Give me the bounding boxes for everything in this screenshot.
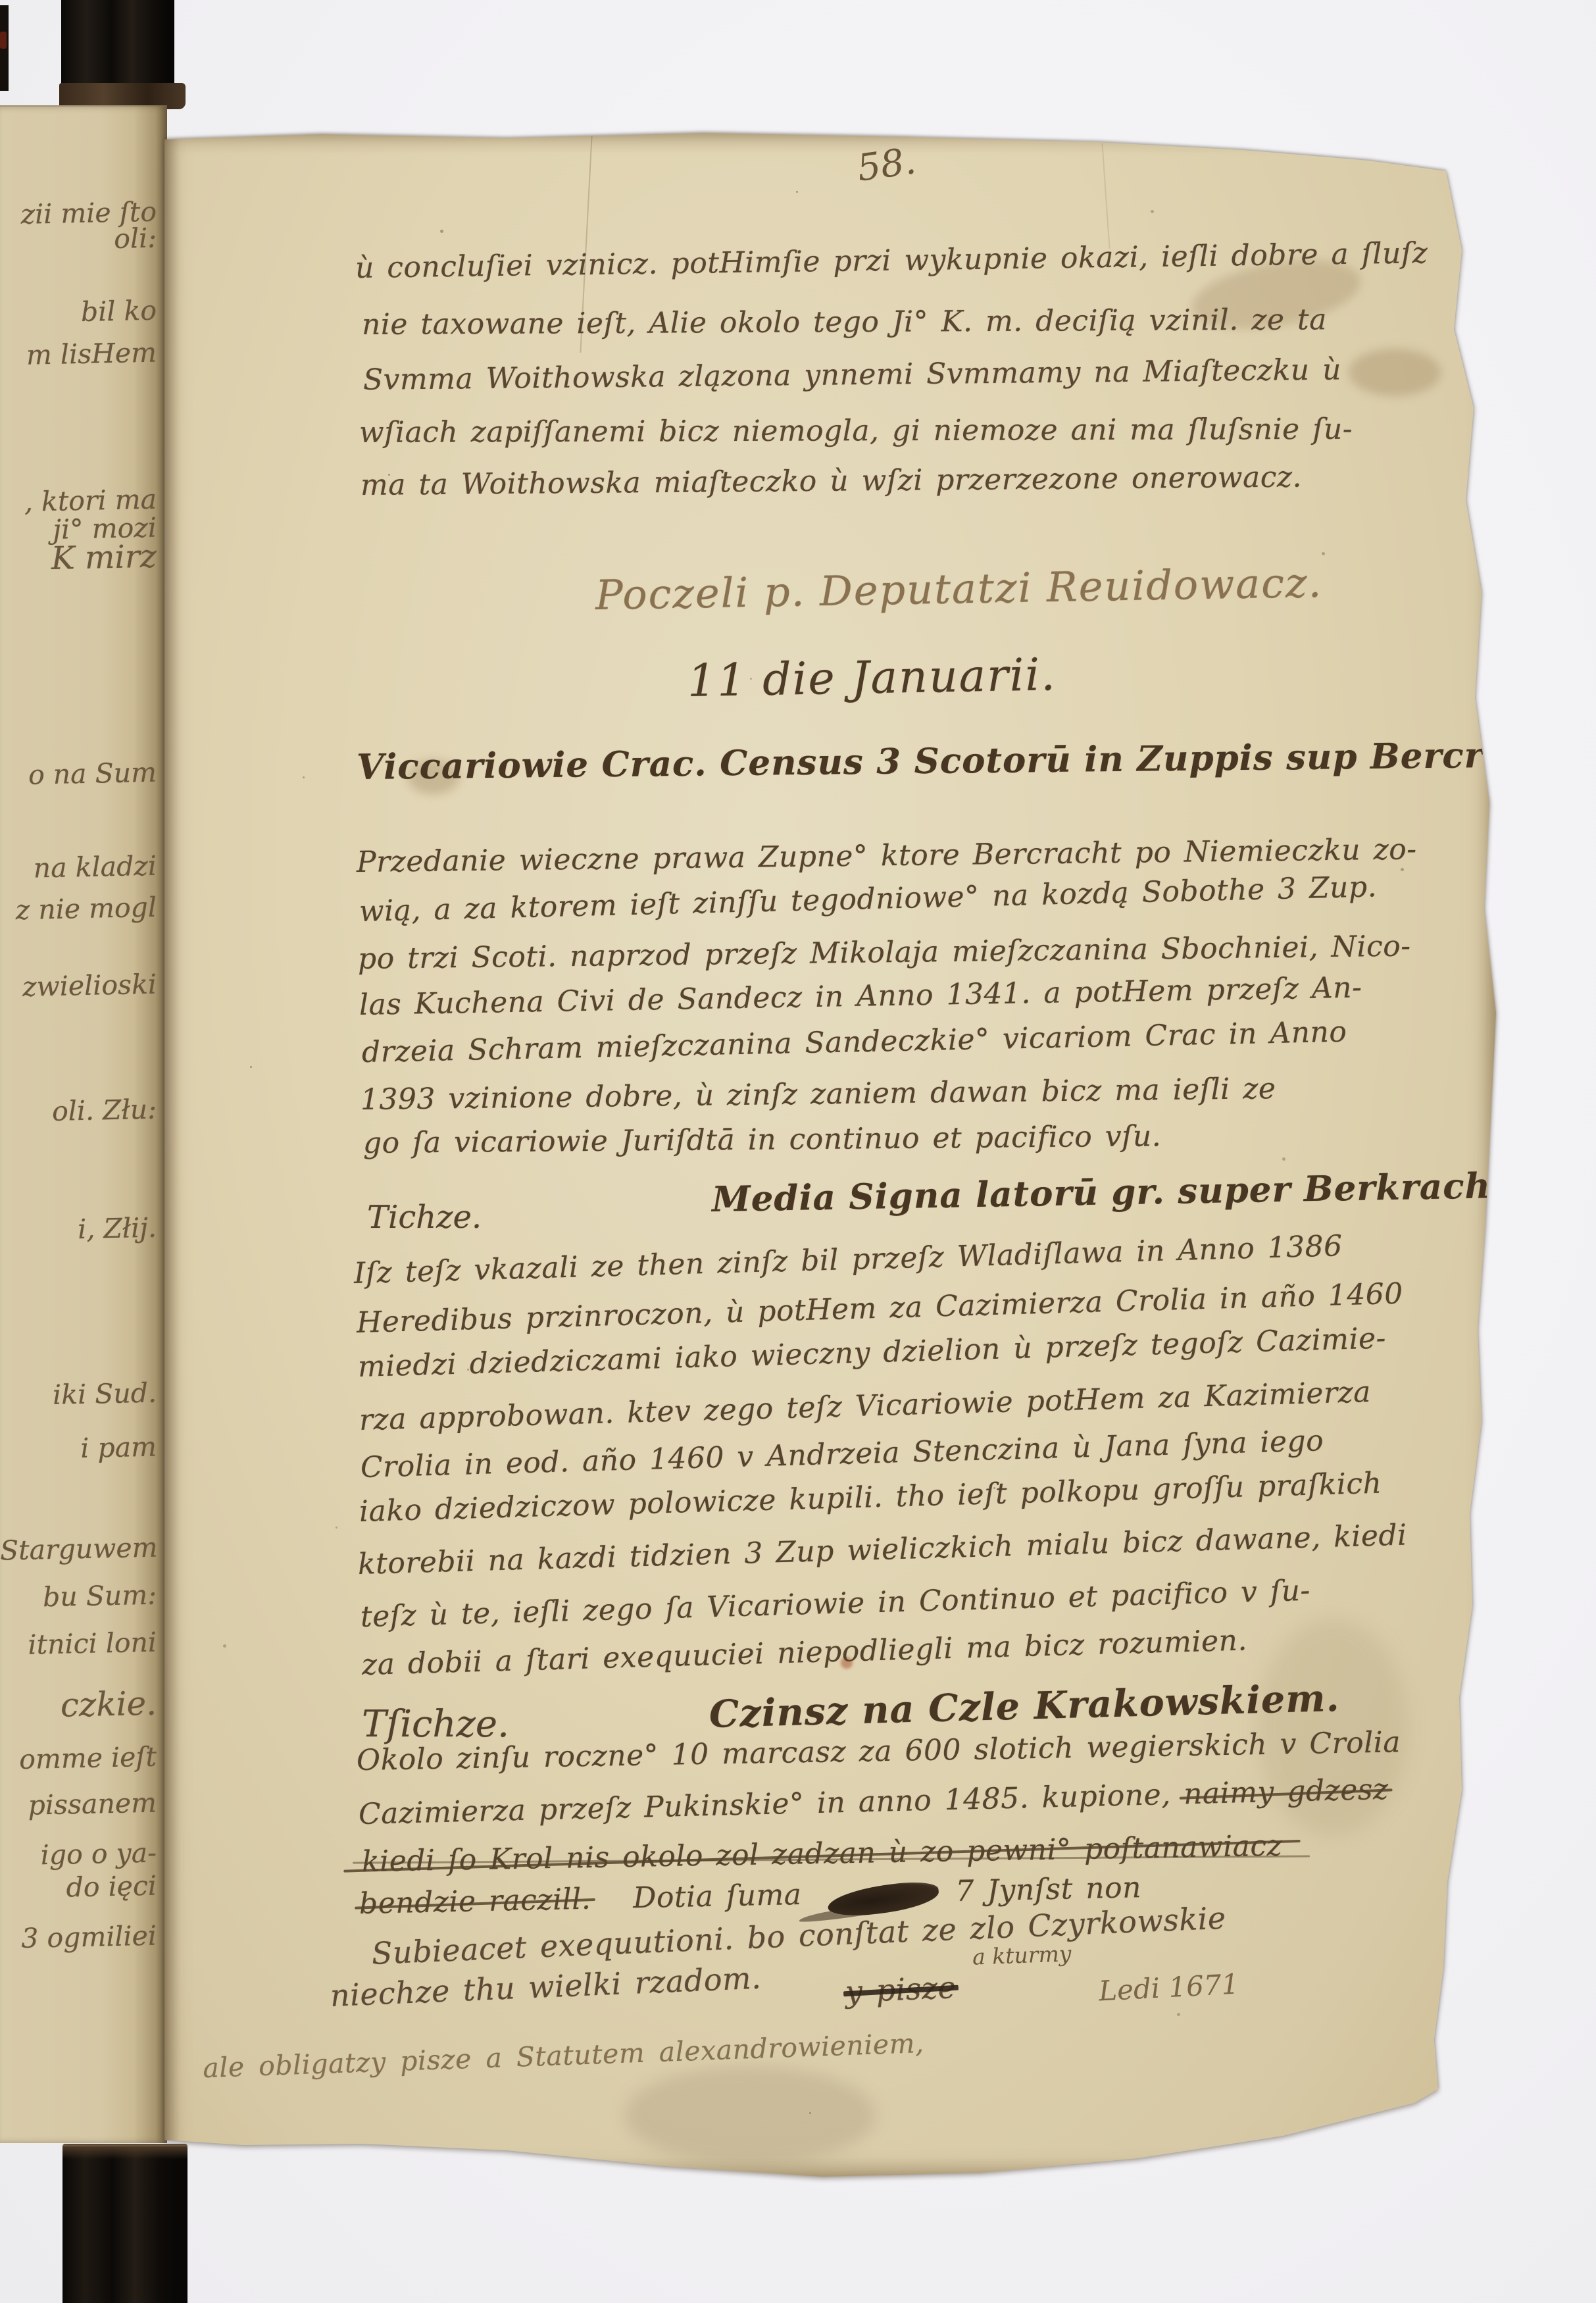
paper-stain (625, 2066, 875, 2165)
verso-text-fragment: i, Złij. (0, 1211, 163, 1246)
manuscript-text-line: ktorebii na kazdi tidzien 3 Zup wieliczk… (357, 1518, 1407, 1581)
margin-label: Tſichze. (362, 1703, 509, 1746)
manuscript-text-line: za dobii a ſtari exequuciei niepodliegli… (361, 1623, 1247, 1682)
verso-text-fragment: igo o ya- (0, 1836, 163, 1871)
verso-text-fragment: Starguwem (0, 1531, 163, 1566)
verso-text-fragment: i pam (0, 1430, 163, 1465)
manuscript-text-line: 1393 vzinione dobre, ù zinſz zaniem dawa… (361, 1072, 1276, 1117)
manuscript-text-line: kiedi ſo Krol nis okolo zol zadzan ù zo … (362, 1829, 1283, 1879)
manuscript-text-line: Okolo zinſu roczne° 10 marcasz za 600 sl… (357, 1725, 1401, 1777)
text-segment: Cazimierza przeſz Pukinskie° in anno 148… (358, 1777, 1184, 1831)
manuscript-text-line: Iſz teſz vkazali ze then zinſz bil przeſ… (353, 1229, 1343, 1290)
manuscript-text-line: Cazimierza przeſz Pukinskie° in anno 148… (358, 1773, 1389, 1831)
verso-text-fragment: omme ieſt (0, 1740, 163, 1775)
manuscript-text-line: wią, a za ktorem ieſt zinſſu tegodniowe°… (359, 870, 1377, 928)
verso-text-fragment: na kladzi (0, 849, 163, 884)
manuscript-text-line: po trzi Scoti. naprzod przeſz Mikolaja m… (358, 929, 1411, 976)
text-segment: Dotia ſuma (633, 1878, 802, 1915)
date-note: Ledi 1671 (1098, 1967, 1240, 2007)
heading-date: 11 die Januarii. (687, 649, 1057, 707)
verso-text-fragment: K mirz (0, 538, 164, 578)
struck-text: bendzie raczill. (359, 1883, 591, 1921)
manuscript-text-line: wſiach zapiſſanemi bicz niemogla, gi nie… (359, 413, 1353, 449)
paper-stain (1349, 349, 1441, 396)
manuscript-page: 58. ù concluſiei vzinicz. potHimſie przi… (164, 132, 1497, 2179)
binding-strap-top (61, 0, 174, 88)
verso-text-fragment: pissanem (0, 1786, 163, 1821)
section-heading-media: Media Signa latorū gr. super Berkracht. (711, 1165, 1520, 1220)
verso-text-fragment: do ięci (0, 1869, 163, 1904)
manuscript-text-line: Svmma Woithowska zlązona ynnemi Svmmamy … (363, 353, 1341, 397)
verso-text-fragment: bil ko (0, 294, 163, 329)
verso-text-fragment: oli. Złu: (0, 1093, 163, 1128)
interline-note: a kturmy (972, 1940, 1072, 1969)
manuscript-text-line: go ſa vicariowie Juriſdtā in continuo et… (363, 1119, 1162, 1160)
manuscript-text-line: teſz ù te, ieſli zego ſa Vicariowie in C… (360, 1574, 1310, 1634)
struck-text: y pisze (845, 1969, 957, 2010)
paper-surface: 58. ù concluſiei vzinicz. potHimſie przi… (164, 132, 1497, 2179)
text-segment: 7 Jynſst non (955, 1871, 1142, 1908)
verso-text-fragment: m lisHem (0, 336, 163, 371)
section-heading-vicars: Viccariowie Crac. Census 3 Scotorū in Zu… (357, 734, 1584, 788)
verso-text-fragment: o na Sum (0, 756, 163, 791)
manuscript-text-line: drzeia Schram mieſzczanina Sandeczkie° v… (361, 1015, 1347, 1069)
manuscript-text-line: nie taxowane ieſt, Alie okolo tego Ji° K… (362, 303, 1327, 342)
margin-label: Tichze. (367, 1199, 482, 1236)
manuscript-text-line: las Kuchena Civi de Sandecz in Anno 1341… (359, 971, 1362, 1022)
heading-deputies: Poczeli p. Deputatzi Reuidowacz. (595, 559, 1322, 619)
verso-text-fragment: czkie. (0, 1684, 164, 1725)
verso-text-fragment: itnici loni (0, 1626, 163, 1661)
struck-text: naimy gdzesz (1183, 1773, 1389, 1811)
verso-page-sliver: zii mie ſto oli: bil ko m lisHem , ktori… (0, 105, 167, 2143)
manuscript-text-line: y pisze (845, 1969, 957, 2010)
verso-text-fragment: 3 ogmiliei (0, 1919, 163, 1954)
manuscript-text-line: Przedanie wieczne prawa Zupne° ktore Ber… (357, 832, 1417, 879)
page-number: 58. (855, 139, 918, 190)
verso-text-fragment: z nie mogl (0, 891, 163, 926)
paper-specks (164, 132, 166, 134)
struck-text: kiedi ſo Krol nis okolo zol zadzan ù zo … (362, 1829, 1283, 1879)
paper-crease (1101, 143, 1110, 249)
scanned-manuscript: zii mie ſto oli: bil ko m lisHem , ktori… (0, 0, 1596, 2303)
verso-text-fragment: zwielioski (0, 968, 163, 1003)
verso-text-fragment: oli: (0, 222, 163, 257)
section-heading-czinsz: Czinsz na Czle Krakowskiem. (709, 1676, 1340, 1736)
verso-text-fragment: bu Sum: (0, 1579, 163, 1613)
scan-edge-mark (0, 5, 9, 91)
verso-text-fragment: iki Sud. (0, 1377, 163, 1411)
manuscript-text-line: ma ta Woithowska miaſteczko ù wſzi przer… (361, 461, 1302, 502)
